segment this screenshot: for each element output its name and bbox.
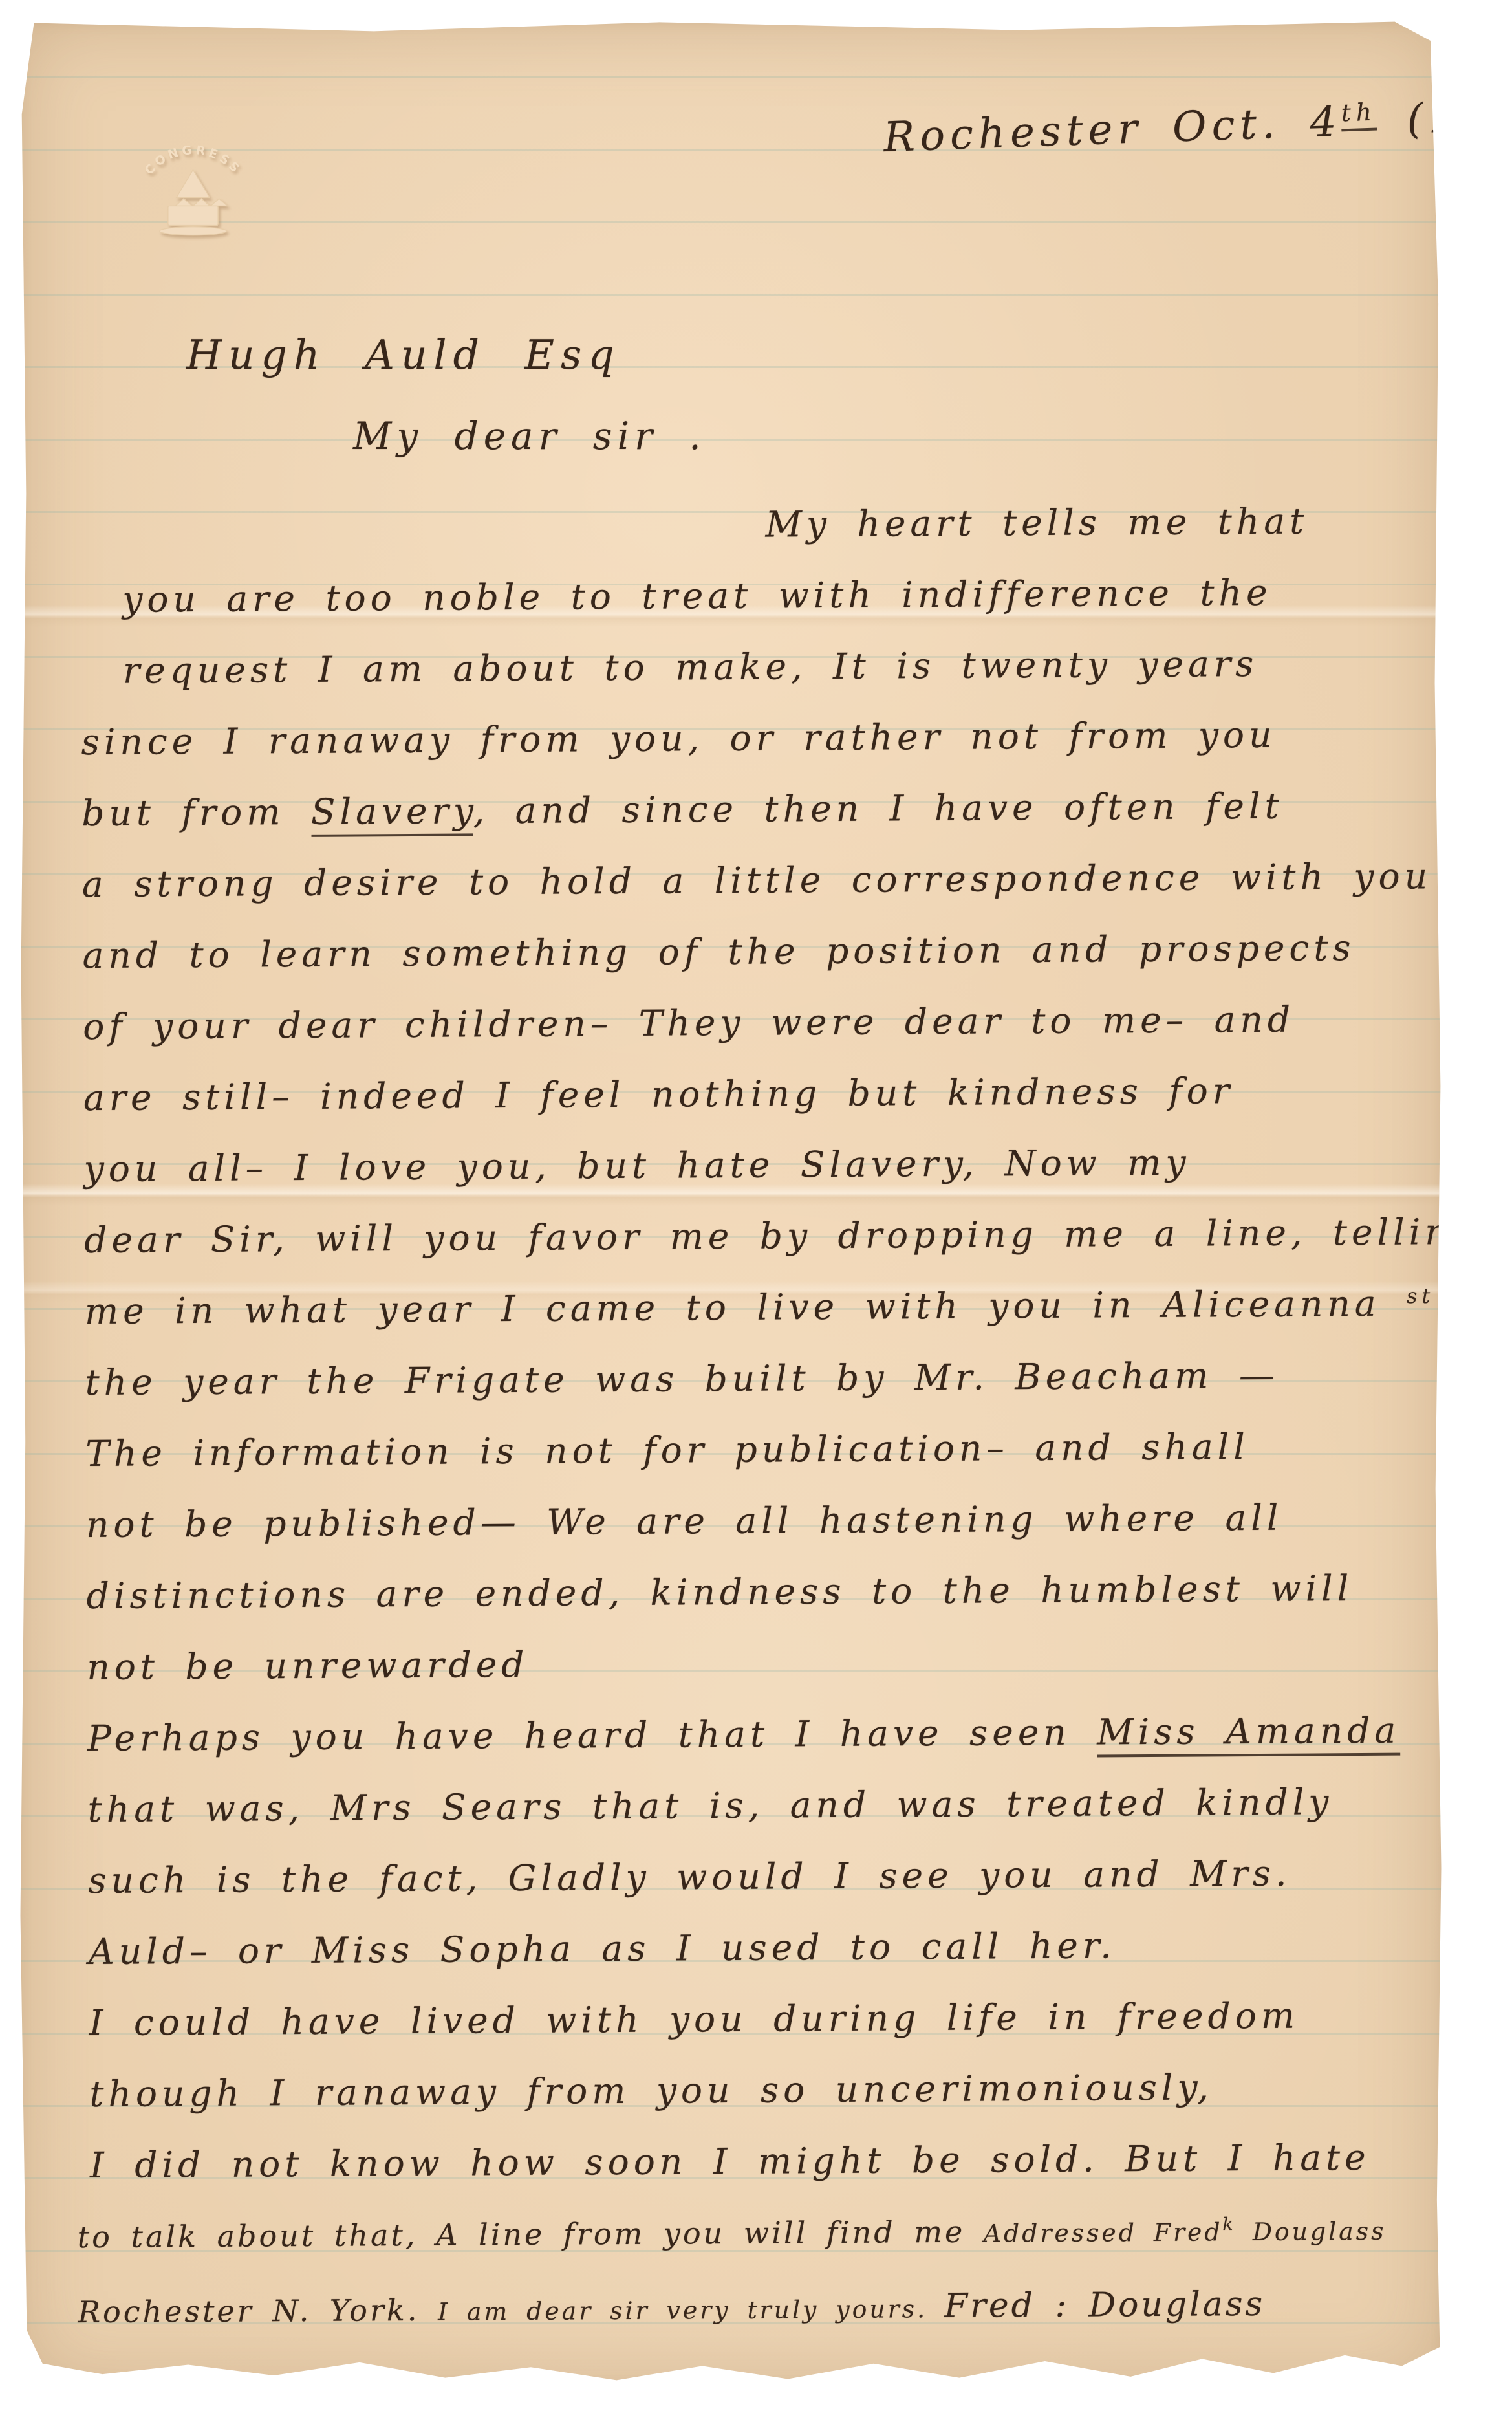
recipient-line: Hugh Auld Esq bbox=[186, 331, 621, 378]
letter-line: of your dear children– They were dear to… bbox=[70, 983, 1378, 1062]
letter-line: I did not know how soon I might be sold.… bbox=[77, 2122, 1385, 2201]
text-segment: a strong desire to hold a little corresp… bbox=[82, 855, 1432, 905]
letter-line: Rochester N. York. I am dear sir very tr… bbox=[78, 2267, 1386, 2350]
text-segment: request I am about to make, It is twenty… bbox=[123, 643, 1258, 692]
text-segment: to talk about that, A line from you will… bbox=[78, 2214, 984, 2255]
dateline: Rochester Oct. 4th (1857 bbox=[883, 91, 1512, 162]
letter-line: distinctions are ended, kindness to the … bbox=[73, 1553, 1381, 1631]
text-segment: Fred : Douglass bbox=[944, 2285, 1265, 2326]
text-segment: dear Sir, will you favor me by dropping … bbox=[84, 1211, 1480, 1261]
congress-embossed-seal: CONGRESS bbox=[124, 115, 263, 254]
text-segment: such is the fact, Gladly would I see you… bbox=[88, 1853, 1291, 1901]
text-segment: Rochester N. York. bbox=[78, 2293, 438, 2329]
text-segment: not be unrewarded bbox=[87, 1644, 529, 1688]
text-segment: Addressed Fred bbox=[984, 2218, 1223, 2247]
text-segment: you are too noble to treat with indiffer… bbox=[122, 572, 1272, 620]
text-segment: (1857 bbox=[1376, 91, 1512, 145]
letter-paper: CONGRESS Rochester Oct. 4th (1857 Hugh A… bbox=[17, 19, 1445, 2390]
salutation-line: My dear sir . bbox=[353, 414, 706, 458]
text-segment: Auld– or Miss Sopha as I used to call he… bbox=[89, 1925, 1116, 1972]
text-segment: th bbox=[1341, 98, 1377, 131]
text-segment: of your dear children– They were dear to… bbox=[83, 999, 1295, 1047]
letter-line: not be unrewarded bbox=[74, 1624, 1382, 1703]
letter-line: you are too noble to treat with indiffer… bbox=[67, 556, 1376, 635]
scan-background: CONGRESS Rochester Oct. 4th (1857 Hugh A… bbox=[0, 0, 1512, 2422]
text-segment: me in what year I came to live with you … bbox=[85, 1283, 1407, 1332]
text-segment: , and since then I have often felt bbox=[473, 785, 1283, 832]
letter-line: not be published— We are all hastening w… bbox=[73, 1481, 1381, 1560]
text-segment: I could have lived with you during life … bbox=[89, 1995, 1300, 2044]
text-segment: though I ranaway from you so uncerimonio… bbox=[89, 2066, 1213, 2115]
text-segment: that was, Mrs Sears that is, and was tre… bbox=[87, 1781, 1333, 1830]
text-segment: st bbox=[1407, 1283, 1434, 1308]
text-segment: are still– indeed I feel nothing but kin… bbox=[83, 1070, 1234, 1118]
letter-line: to talk about that, A line from you will… bbox=[77, 2193, 1385, 2275]
letter-line: you all– I love you, but hate Slavery, N… bbox=[70, 1126, 1379, 1205]
letter-line: are still– indeed I feel nothing but kin… bbox=[70, 1054, 1379, 1133]
text-segment: Miss Amanda bbox=[1097, 1710, 1400, 1758]
text-segment: I am dear sir very truly yours. bbox=[438, 2295, 944, 2326]
letter-line: a strong desire to hold a little corresp… bbox=[69, 841, 1377, 920]
text-segment: Slavery bbox=[311, 790, 473, 837]
letter-line: such is the fact, Gladly would I see you… bbox=[75, 1837, 1383, 1916]
text-segment: Perhaps you have heard that I have seen bbox=[87, 1712, 1097, 1760]
letter-body: My heart tells me thatyou are too noble … bbox=[67, 485, 1386, 2350]
letter-line: The information is not for publication– … bbox=[72, 1410, 1381, 1489]
letter-line: the year the Frigate was built by Mr. Be… bbox=[72, 1339, 1380, 1418]
letter-line: that was, Mrs Sears that is, and was tre… bbox=[74, 1766, 1383, 1845]
letter-line: but from Slavery, and since then I have … bbox=[69, 770, 1377, 849]
text-segment: and to learn something of the position a… bbox=[82, 927, 1355, 976]
text-segment: I did not know how soon I might be sold.… bbox=[90, 2137, 1370, 2186]
text-segment: Rochester Oct. 4 bbox=[883, 98, 1343, 162]
letter-line: dear Sir, will you favor me by dropping … bbox=[71, 1197, 1379, 1276]
text-segment: My heart tells me that bbox=[765, 500, 1308, 545]
capitol-icon bbox=[160, 170, 228, 235]
text-segment: the year the Frigate was built by Mr. Be… bbox=[85, 1355, 1279, 1403]
letter-line: and to learn something of the position a… bbox=[69, 912, 1377, 991]
text-segment: but from bbox=[81, 791, 311, 834]
letter-line: I could have lived with you during life … bbox=[76, 1980, 1384, 2058]
text-segment: since I ranaway from you, or rather not … bbox=[81, 714, 1276, 763]
text-segment: k bbox=[1222, 2214, 1235, 2234]
letter-line: since I ranaway from you, or rather not … bbox=[68, 699, 1376, 778]
text-segment: distinctions are ended, kindness to the … bbox=[86, 1567, 1353, 1617]
letter-line: My heart tells me that bbox=[67, 485, 1375, 564]
text-segment: Douglass bbox=[1236, 2217, 1387, 2246]
letter-line: Perhaps you have heard that I have seen … bbox=[74, 1695, 1383, 1774]
text-segment: The information is not for publication– … bbox=[85, 1426, 1249, 1474]
letter-line: request I am about to make, It is twenty… bbox=[68, 627, 1376, 706]
text-segment: you all– I love you, but hate Slavery, N… bbox=[83, 1142, 1190, 1190]
text-segment: not be published— We are all hastening w… bbox=[86, 1497, 1283, 1545]
letter-line: though I ranaway from you so uncerimonio… bbox=[76, 2051, 1385, 2130]
letter-line: me in what year I came to live with you … bbox=[72, 1268, 1380, 1347]
letter-line: Auld– or Miss Sopha as I used to call he… bbox=[76, 1908, 1384, 1987]
